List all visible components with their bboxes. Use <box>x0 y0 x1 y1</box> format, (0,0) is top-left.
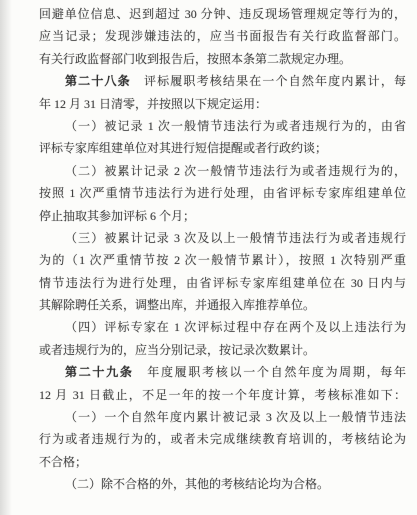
document-page: 回避单位信息、迟到超过 30 分钟、违反现场管理规定等行为的， 应当记录；发现涉… <box>0 0 417 515</box>
clause-line: （一）被记录 1 次一般情节违法行为或者违规行为的，由省 <box>39 115 406 137</box>
clause-line: （四）评标专家在 1 次评标过程中存在两个及以上违法行为 <box>39 316 406 338</box>
text-line: 为的（1 次严重情节按 2 次一般情节累计），按照 1 次特别严重 <box>39 249 406 271</box>
text-line: 12 月 31 日截止，不足一年的按一个年度计算，考核标准如下： <box>39 384 406 406</box>
text-line: 按照 1 次严重情节违法行为进行处理，由省评标专家库组建单位 <box>39 182 406 204</box>
text-line: 不合格； <box>39 451 406 473</box>
text-line: 年 12 月 31 日清零，并按照以下规定运用： <box>39 93 406 115</box>
text-line: 其解除聘任关系，调整出库，并通报入库推荐单位。 <box>39 294 406 316</box>
article-heading-line: 第二十九条 年度履职考核以一个自然年度为周期，每年 <box>39 361 406 383</box>
clause-line: （一）一个自然年度内累计被记录 3 次及以上一般情节违法 <box>39 406 406 428</box>
clause-line: （二）除不合格的外，其他的考核结论均为合格。 <box>39 473 406 495</box>
article-heading-text: 年度履职考核以一个自然年度为周期，每年 <box>134 365 406 379</box>
text-line: 有关行政监督部门收到报告后，按照本条第二款规定办理。 <box>39 48 406 70</box>
text-line: 回避单位信息、迟到超过 30 分钟、违反现场管理规定等行为的， <box>39 3 406 25</box>
article-heading-text: 评标履职考核结果在一个自然年度内累计，每 <box>131 74 406 88</box>
text-line: 停止抽取其参加评标 6 个月； <box>39 205 406 227</box>
text-line: 情节违法行为进行处理，由省评标专家库组建单位在 30 日内与 <box>39 272 406 294</box>
article-heading-line: 第二十八条 评标履职考核结果在一个自然年度内累计，每 <box>39 70 406 92</box>
text-block: 回避单位信息、迟到超过 30 分钟、违反现场管理规定等行为的， 应当记录；发现涉… <box>39 3 406 496</box>
text-line: 评标专家库组建单位对其进行短信提醒或者行政约谈； <box>39 137 406 159</box>
article-number: 第二十八条 <box>65 74 131 88</box>
text-line: 应当记录；发现涉嫌违法的，应当书面报告有关行政监督部门。 <box>39 25 406 47</box>
text-line: 或者违规行为的，应当分别记录，按记录次数累计。 <box>39 339 406 361</box>
clause-line: （三）被累计记录 3 次及以上一般情节违法行为或者违规行 <box>39 227 406 249</box>
text-line: 行为或者违规行为的，或者未完成继续教育培训的，考核结论为 <box>39 428 406 450</box>
clause-line: （二）被累计记录 2 次一般情节违法行为或者违规行为的， <box>39 160 406 182</box>
scan-edge-shadow <box>0 0 12 515</box>
article-number: 第二十九条 <box>65 365 134 379</box>
